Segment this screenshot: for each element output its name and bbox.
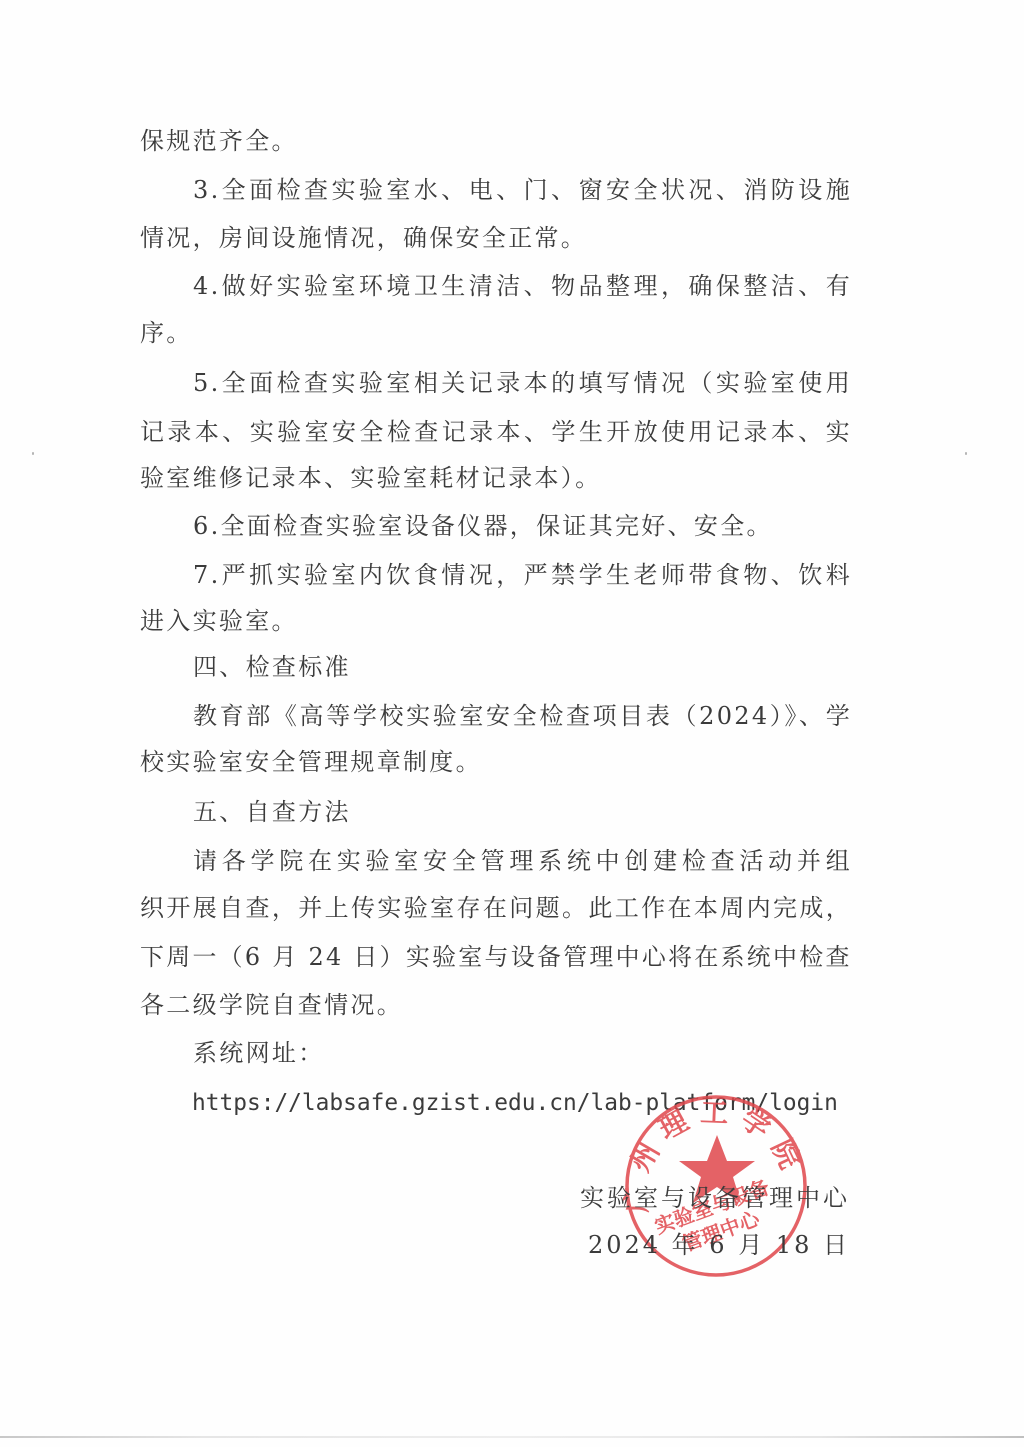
paragraph-line: 序。 — [140, 318, 193, 348]
signature-date: 2024 年 6 月 18 日 — [588, 1230, 850, 1260]
paragraph-line: 教育部《高等学校实验室安全检查项目表（2024）》、学 — [193, 701, 852, 731]
scan-speck — [965, 452, 967, 455]
paragraph-line: 请各学院在实验室安全管理系统中创建检查活动并组 — [193, 846, 852, 876]
paragraph-line: 7.严抓实验室内饮食情况，严禁学生老师带食物、饮料 — [193, 560, 852, 590]
paragraph-line: 5.全面检查实验室相关记录本的填写情况（实验室使用 — [193, 368, 852, 398]
scan-speck — [32, 452, 34, 455]
document-page: 保规范齐全。3.全面检查实验室水、电、门、窗安全状况、消防设施情况，房间设施情况… — [0, 0, 1024, 1447]
paragraph-line: 情况，房间设施情况，确保安全正常。 — [140, 223, 587, 253]
paragraph-line: 进入实验室。 — [140, 606, 298, 636]
paragraph-line: 织开展自查，并上传实验室存在问题。此工作在本周内完成， — [140, 893, 852, 923]
paragraph-line: 四、检查标准 — [193, 652, 351, 682]
paragraph-line: 保规范齐全。 — [140, 126, 298, 156]
paragraph-line: 验室维修记录本、实验室耗材记录本）。 — [140, 463, 601, 493]
page-bottom-edge — [0, 1436, 1024, 1438]
paragraph-line: 下周一（6 月 24 日）实验室与设备管理中心将在系统中检查 — [140, 942, 852, 972]
paragraph-line: 3.全面检查实验室水、电、门、窗安全状况、消防设施 — [193, 175, 852, 205]
signature-organization: 实验室与设备管理中心 — [580, 1183, 850, 1213]
paragraph-line: 记录本、实验室安全检查记录本、学生开放使用记录本、实 — [140, 417, 852, 447]
paragraph-line: 各二级学院自查情况。 — [140, 990, 403, 1020]
paragraph-line: 4.做好实验室环境卫生清洁、物品整理，确保整洁、有 — [193, 271, 852, 301]
paragraph-line: 6.全面检查实验室设备仪器，保证其完好、安全。 — [193, 511, 773, 541]
paragraph-line: 五、自查方法 — [193, 797, 351, 827]
paragraph-line: 系统网址： — [193, 1038, 325, 1068]
paragraph-line: 校实验室安全管理规章制度。 — [140, 747, 482, 777]
